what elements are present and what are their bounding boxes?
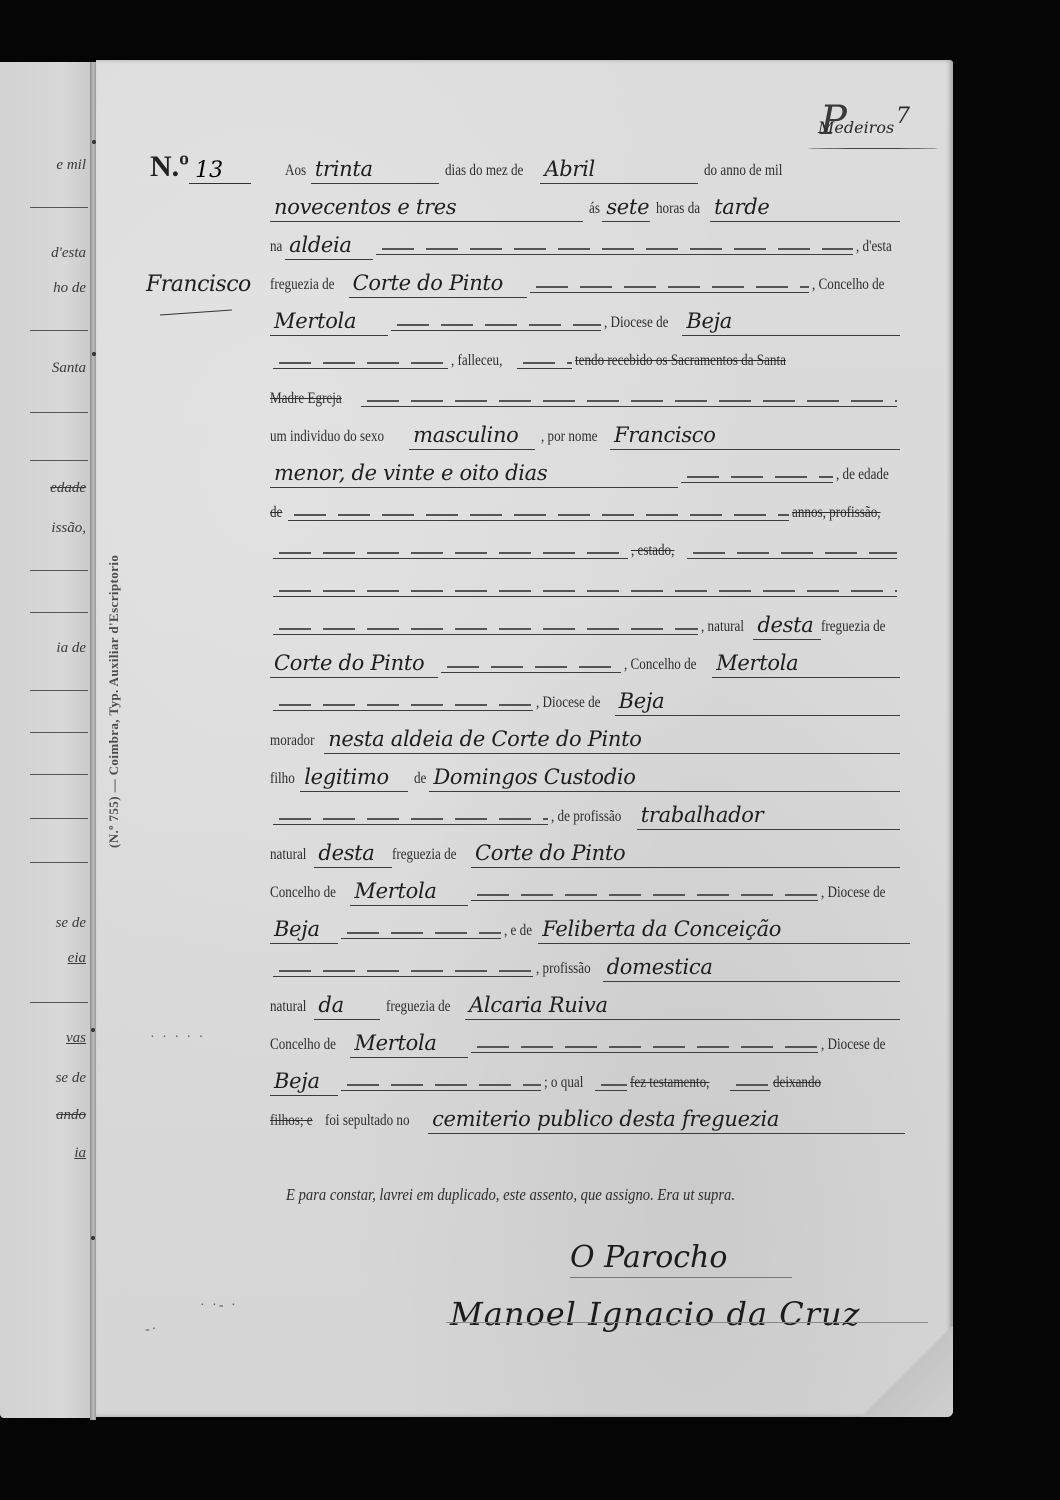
form-line-15: , Diocese de Beja <box>270 682 900 716</box>
field-parish: Corte do Pinto <box>349 271 527 298</box>
left-page-stroke <box>30 774 88 775</box>
printed-text: , e de <box>504 922 532 944</box>
left-page-text: se de <box>56 915 92 932</box>
field-mother-municipality: Mertola <box>350 1031 468 1058</box>
printer-credit: (N.º 755) — Coimbra, Typ. Auxiliar d'Esc… <box>106 548 126 848</box>
printed-text: , de edade <box>836 466 889 488</box>
corner-annotation: Medeiros <box>818 118 894 137</box>
printed-text: , profissão <box>536 960 591 982</box>
left-page-stroke <box>30 732 88 733</box>
printed-text: ; o qual <box>544 1074 583 1096</box>
form-line-9: menor, de vinte e oito dias , de edade <box>270 454 900 488</box>
form-line-22: , profissão domestica <box>270 948 900 982</box>
form-line-6: , falleceu, tendo recebido os Sacramento… <box>270 340 900 374</box>
left-page-text: Santa <box>52 360 92 377</box>
printed-text: dias do mez de <box>445 162 523 184</box>
printed-text: , natural <box>701 618 744 640</box>
form-line-19: natural desta freguezia de Corte do Pint… <box>270 834 900 868</box>
field-day: trinta <box>311 157 439 184</box>
form-line-4: freguezia de Corte do Pinto , Concelho d… <box>270 264 900 298</box>
printed-text: , Diocese de <box>821 884 885 906</box>
filler-line <box>273 586 897 597</box>
printed-text: filho <box>270 770 295 792</box>
field-mother-origin: da <box>314 993 380 1020</box>
left-page-stroke <box>30 690 88 691</box>
printed-text: Concelho de <box>270 884 336 906</box>
filler-line <box>273 624 698 635</box>
printed-text: , Diocese de <box>604 314 668 336</box>
record-number: 13 <box>189 158 251 184</box>
signature-underline <box>446 1322 928 1323</box>
left-page-stroke <box>30 330 88 331</box>
printed-text: do anno de mil <box>704 162 782 184</box>
field-mother-parish: Alcaria Ruiva <box>465 993 900 1020</box>
left-page-text: e mil <box>56 157 92 174</box>
printed-text: , de profissão <box>551 808 621 830</box>
filler-line <box>517 358 572 369</box>
printed-text: freguezia de <box>392 846 456 868</box>
form-line-12 <box>270 568 900 602</box>
printed-text: , falleceu, <box>451 352 502 374</box>
left-page-stroke <box>30 570 88 571</box>
filler-line <box>681 472 833 483</box>
form-line-26: filhos; e foi sepultado no cemiterio pub… <box>270 1100 905 1134</box>
left-page-stroke <box>30 612 88 613</box>
field-mother-profession: domestica <box>603 955 900 982</box>
page-number: 7 <box>896 104 910 129</box>
form-line-7: Madre Egreja <box>270 378 900 412</box>
printed-text: horas da <box>656 200 700 222</box>
field-age: menor, de vinte e oito dias <box>270 461 678 488</box>
printed-text: , por nome <box>541 428 597 450</box>
filler-line <box>730 1080 770 1091</box>
printed-text: foi sepultado no <box>325 1112 410 1134</box>
printed-text: Concelho de <box>270 1036 336 1058</box>
binding-mark <box>92 140 96 144</box>
form-line-10: de annos, profissão, <box>270 492 900 526</box>
field-father-origin: desta <box>314 841 392 868</box>
form-line-17: filho legitimo de Domingos Custodio <box>270 758 900 792</box>
printed-text: natural <box>270 998 306 1020</box>
field-period: tarde <box>710 195 900 222</box>
filler-line <box>341 928 501 939</box>
left-page-text: eia <box>68 950 92 967</box>
filler-line <box>471 1042 818 1053</box>
field-origin: desta <box>753 613 821 640</box>
filler-line <box>391 320 601 331</box>
printed-text: freguezia de <box>270 276 334 298</box>
form-line-8: um individuo do sexo masculino , por nom… <box>270 416 900 450</box>
field-place: aldeia <box>285 233 373 260</box>
struck-text: fez testamento, <box>630 1074 709 1096</box>
field-year: novecentos e tres <box>270 195 583 222</box>
left-page-stroke <box>30 1002 88 1003</box>
struck-text: deixando <box>773 1074 821 1096</box>
margin-name: Francisco <box>146 272 251 297</box>
form-line-24: Concelho de Mertola , Diocese de <box>270 1024 900 1058</box>
field-mother-diocese: Beja <box>270 1069 338 1096</box>
printed-text: de <box>414 770 426 792</box>
struck-text: , estado, <box>631 542 674 564</box>
left-page-text: edade <box>50 480 92 497</box>
field-origin-municipality: Mertola <box>712 651 900 678</box>
signature-title: O Parocho <box>570 1240 727 1275</box>
field-father-municipality: Mertola <box>350 879 468 906</box>
printed-text: natural <box>270 846 306 868</box>
field-legitimacy: legitimo <box>300 765 408 792</box>
filler-line <box>471 890 818 901</box>
struck-text: Madre Egreja <box>270 390 342 412</box>
printed-text: , Diocese de <box>536 694 600 716</box>
left-page-stroke <box>30 460 88 461</box>
form-line-5: Mertola , Diocese de Beja <box>270 302 900 336</box>
form-line-16: morador nesta aldeia de Corte do Pinto <box>270 720 900 754</box>
printed-text: na <box>270 238 282 260</box>
printed-text: , Concelho de <box>624 656 697 678</box>
left-page-text: d'esta <box>51 245 92 262</box>
printed-text: , d'esta <box>856 238 892 260</box>
left-page-stroke <box>30 207 88 208</box>
printed-text: ás <box>589 200 600 222</box>
form-line-23: natural da freguezia de Alcaria Ruiva <box>270 986 900 1020</box>
field-hour: sete <box>602 195 650 222</box>
form-line-21: Beja , e de Feliberta da Conceição <box>270 910 910 944</box>
filler-line <box>361 396 897 407</box>
left-page-stroke <box>30 862 88 863</box>
field-father: Domingos Custodio <box>429 765 900 792</box>
binding-mark <box>91 1236 95 1240</box>
form-line-11: , estado, <box>270 530 900 564</box>
ink-smudge: -· <box>145 1322 158 1338</box>
ink-smudge: · ·- · <box>200 1298 238 1314</box>
printed-text: morador <box>270 732 314 754</box>
folded-corner <box>861 1327 953 1417</box>
form-line-3: na aldeia , d'esta <box>270 226 900 260</box>
filler-line <box>341 1080 541 1091</box>
left-page-stroke <box>30 412 88 413</box>
form-line-2: novecentos e tres ás sete horas da tarde <box>270 188 900 222</box>
printed-text: freguezia de <box>386 998 450 1020</box>
previous-page-edge: e mil d'esta ho de Santa edade issão, ia… <box>0 62 92 1418</box>
filler-line <box>595 1080 627 1091</box>
filler-line <box>273 814 548 825</box>
signature-underline <box>570 1277 792 1278</box>
field-residence: nesta aldeia de Corte do Pinto <box>324 727 900 754</box>
ink-smudge: · · · · · <box>150 1030 205 1046</box>
corner-underline <box>808 148 938 149</box>
form-line-1: N.º 13 Aos trinta dias do mez de Abril d… <box>150 150 807 184</box>
binding-mark <box>92 352 96 356</box>
printed-text: , Concelho de <box>812 276 885 298</box>
left-page-text: issão, <box>51 520 92 537</box>
printed-text: Aos <box>285 162 306 184</box>
form-line-25: Beja ; o qual fez testamento, deixando <box>270 1062 900 1096</box>
field-father-profession: trabalhador <box>637 803 900 830</box>
field-name: Francisco <box>610 423 900 450</box>
form-line-14: Corte do Pinto , Concelho de Mertola <box>270 644 900 678</box>
left-page-text: vas <box>66 1030 92 1047</box>
record-number-label: N.º <box>150 150 189 184</box>
struck-text: filhos; e <box>270 1112 313 1134</box>
printed-text: freguezia de <box>821 618 885 640</box>
left-page-text: ia de <box>56 640 92 657</box>
form-line-18: , de profissão trabalhador <box>270 796 900 830</box>
field-father-parish: Corte do Pinto <box>471 841 900 868</box>
field-mother: Feliberta da Conceição <box>538 917 910 944</box>
field-sex: masculino <box>409 423 535 450</box>
left-page-stroke <box>30 818 88 819</box>
filler-line <box>273 700 533 711</box>
left-page-text: ho de <box>53 280 92 297</box>
struck-text: de <box>270 504 282 526</box>
struck-text: annos, profissão, <box>792 504 881 526</box>
field-origin-parish: Corte do Pinto <box>270 651 438 678</box>
form-line-13: , natural desta freguezia de <box>270 606 900 640</box>
field-origin-diocese: Beja <box>615 689 900 716</box>
struck-text: tendo recebido os Sacramentos da Santa <box>575 352 786 374</box>
field-municipality: Mertola <box>270 309 388 336</box>
signature-name: Manoel Ignacio da Cruz <box>450 1295 860 1333</box>
field-burial-place: cemiterio publico desta freguezia <box>428 1107 905 1134</box>
form-line-20: Concelho de Mertola , Diocese de <box>270 872 900 906</box>
filler-line <box>530 282 809 293</box>
printed-text: , Diocese de <box>821 1036 885 1058</box>
filler-line <box>376 244 853 255</box>
field-diocese: Beja <box>682 309 900 336</box>
printed-text: um individuo do sexo <box>270 428 384 450</box>
filler-line <box>273 966 533 977</box>
filler-line <box>273 548 628 559</box>
filler-line <box>441 662 621 673</box>
filler-line <box>687 548 897 559</box>
field-father-diocese: Beja <box>270 917 338 944</box>
closing-statement: E para constar, lavrei em duplicado, est… <box>286 1185 735 1205</box>
filler-line <box>288 510 789 521</box>
left-page-text: se de <box>56 1070 92 1087</box>
filler-line <box>273 358 448 369</box>
field-month: Abril <box>540 157 698 184</box>
left-page-text: ando <box>56 1107 92 1124</box>
binding-mark <box>91 1028 95 1032</box>
